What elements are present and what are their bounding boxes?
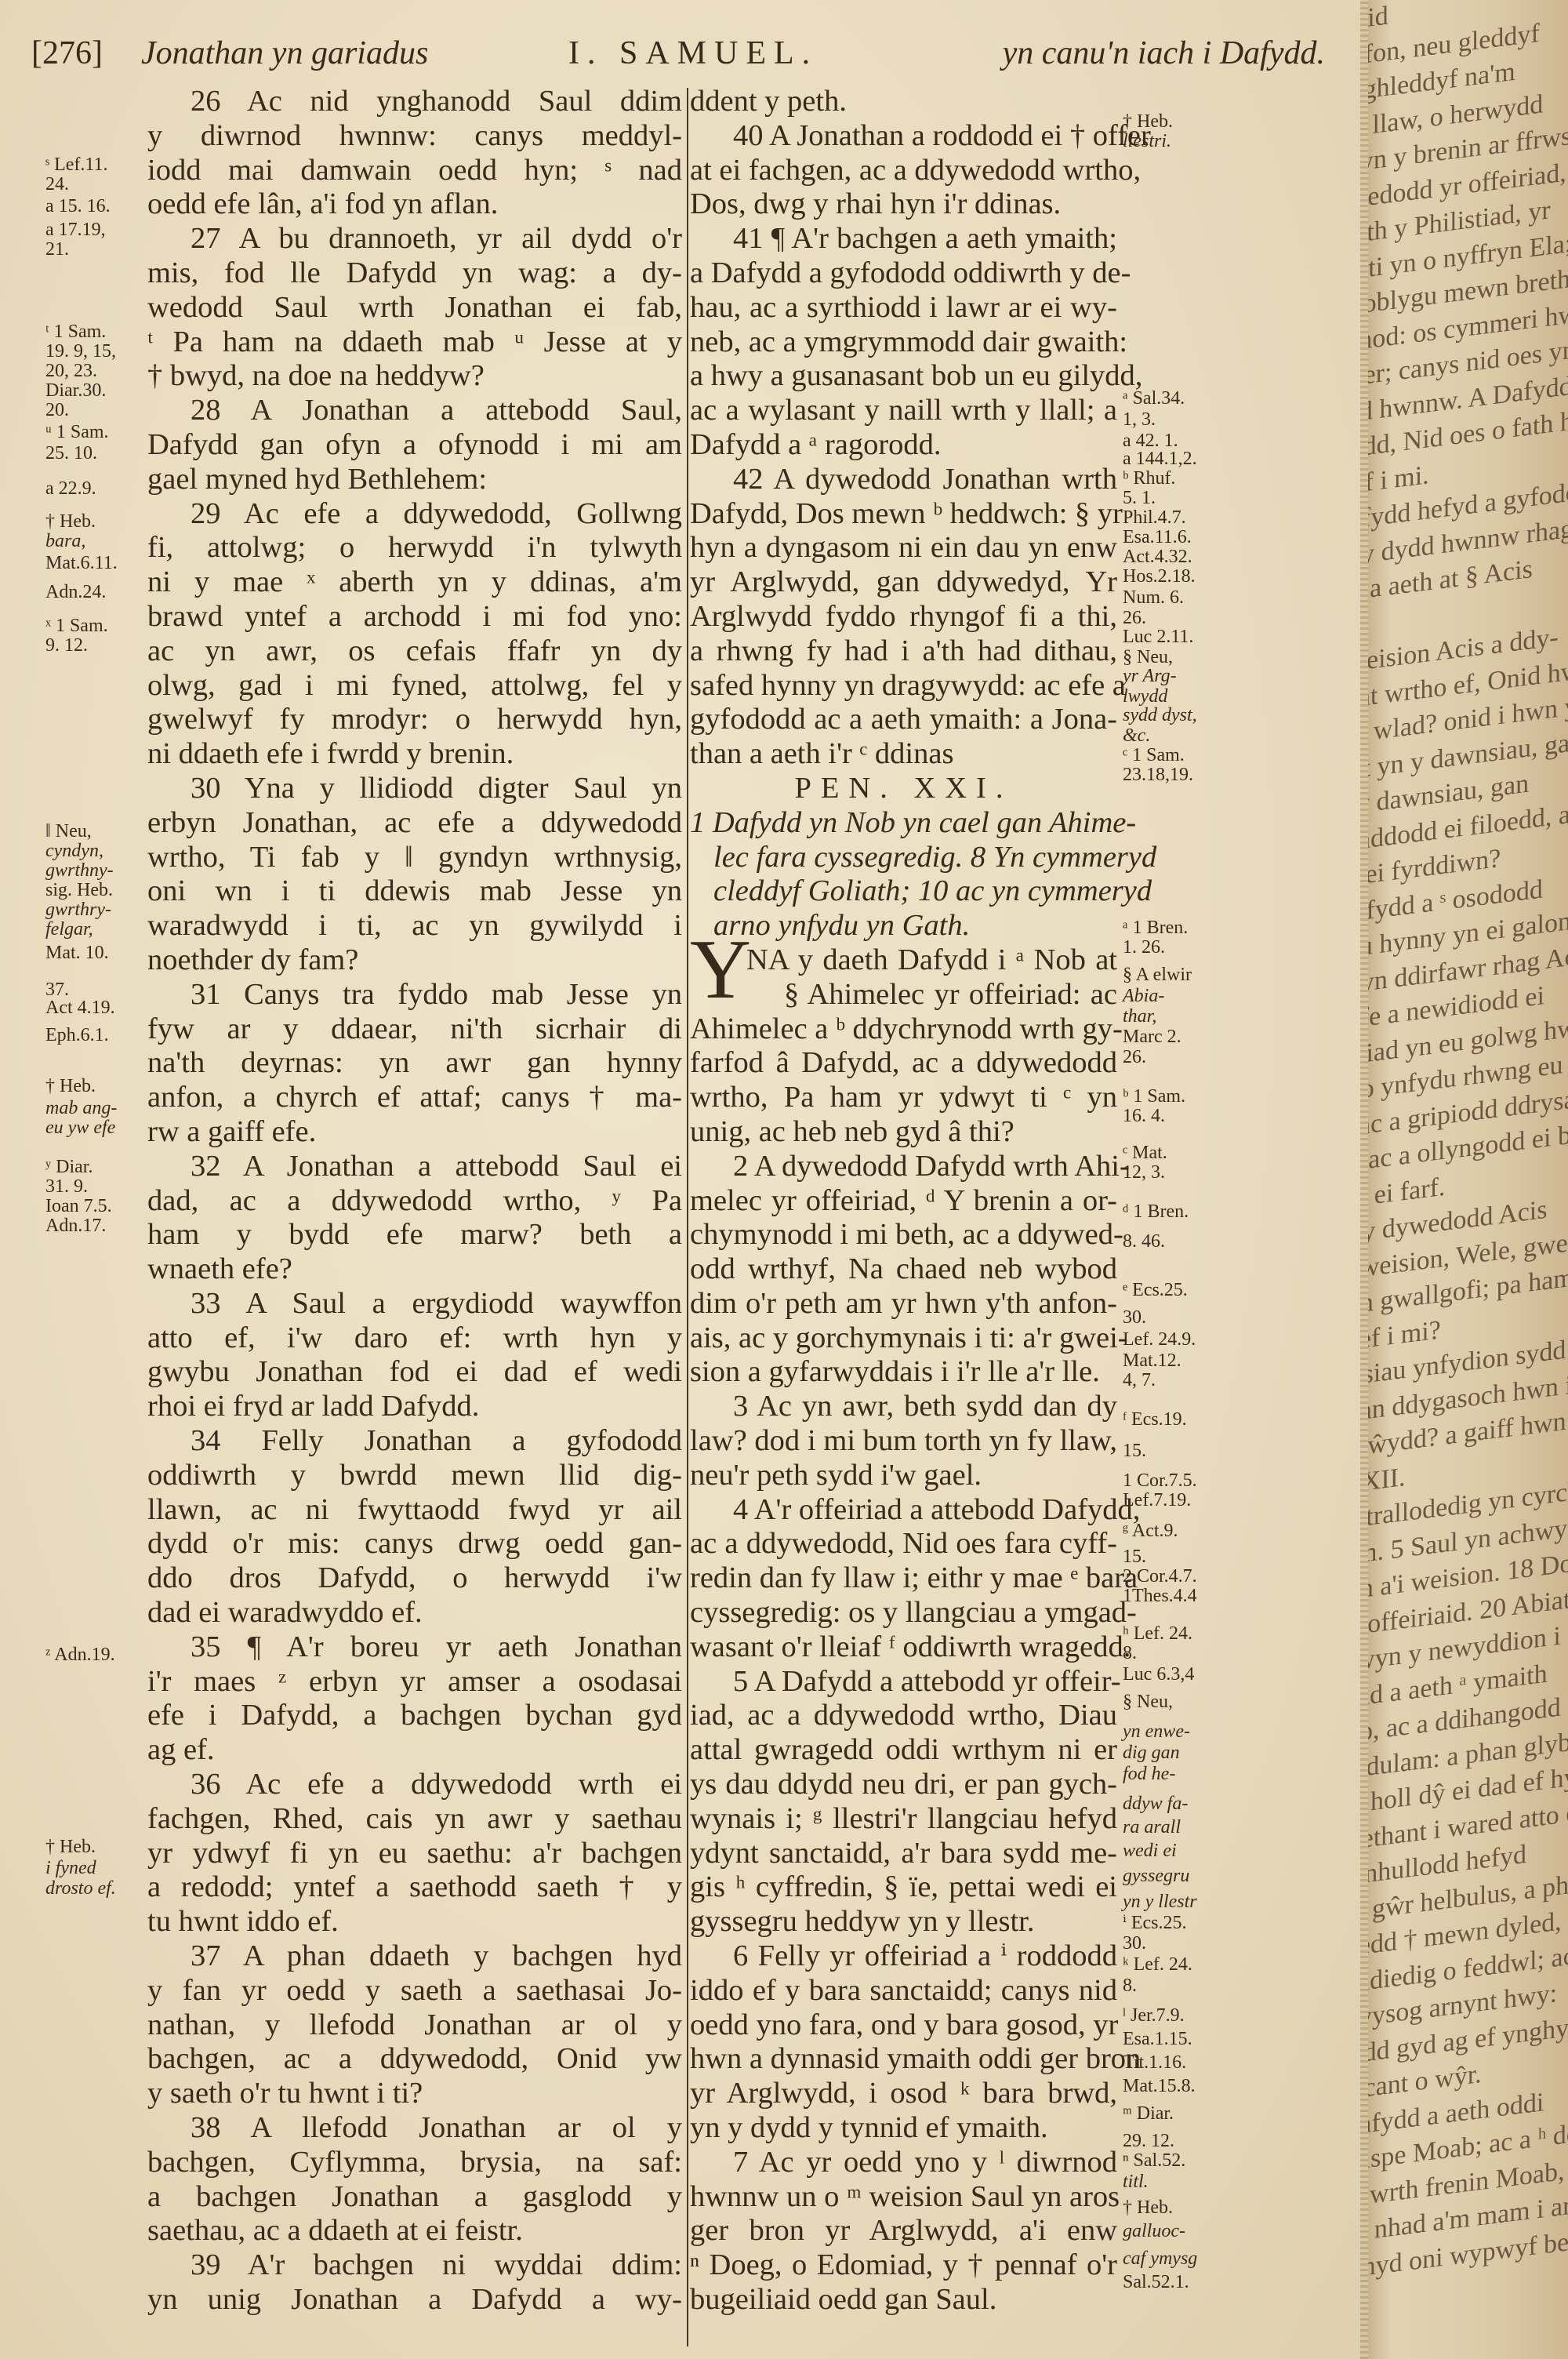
verse-line: redin dan fy llaw i; eithr y mae ᵉ bara [690, 1561, 1117, 1596]
verse-line: 42 A dywedodd Jonathan wrth [690, 463, 1117, 497]
verse-line: unig, ac heb neb gyd â thi? [690, 1115, 1117, 1150]
margin-reference: gwrthry- [45, 900, 111, 920]
margin-reference: 15. [1123, 1547, 1146, 1567]
margin-reference: 5. 1. [1123, 489, 1156, 508]
margin-reference: 1Thes.4.4 [1123, 1587, 1197, 1606]
chapter-summary-line: lec fara cyssegredig. 8 Yn cymmeryd [690, 841, 1117, 875]
margin-reference: ᶠ Ecs.19. [1123, 1410, 1187, 1430]
margin-reference: 23.18,19. [1123, 765, 1193, 785]
verse-line: y saeth o'r tu hwnt i ti? [147, 2077, 682, 2111]
verse-line: ac yn awr, os cefais ffafr yn dy [147, 634, 682, 669]
margin-reference: 31. 9. [45, 1177, 88, 1197]
verse-line: yn y dydd y tynnid ef ymaith. [690, 2111, 1117, 2146]
book-title: I. SAMUEL. [568, 30, 818, 77]
margin-reference: 37. [45, 980, 69, 1000]
margin-reference: 29. 12. [1123, 2132, 1174, 2151]
facing-page-text: elec, Onidgwaywffon, neu gleddyfnes fy n… [1373, 0, 1568, 2284]
verse-line: a rhwng fy had i a'th had dithau, [690, 634, 1117, 669]
verse-line: wrtho, Pa ham yr ydwyt ti ᶜ yn [690, 1081, 1117, 1115]
margin-reference: Mat.6.11. [45, 554, 118, 573]
margin-reference: Num. 6. [1123, 588, 1184, 608]
margin-reference: 30. [1123, 1308, 1146, 1328]
margin-reference: Tit.1.16. [1123, 2053, 1186, 2073]
verse-line: i'r maes ᶻ erbyn yr amser a osodasai [147, 1665, 682, 1699]
margin-reference: § Neu, [1123, 648, 1173, 667]
margin-reference: thar, [1123, 1007, 1156, 1027]
margin-reference: ddyw fa- [1123, 1794, 1188, 1814]
margin-reference: ˡ Jer.7.9. [1123, 2006, 1185, 2026]
margin-reference: sig. Heb. [45, 881, 113, 900]
verse-line: 31 Canys tra fyddo mab Jesse yn [147, 978, 682, 1012]
margin-reference: § A elwir [1123, 965, 1192, 985]
verse-line: wnaeth efe? [147, 1252, 682, 1287]
margin-reference: 26. [1123, 609, 1146, 628]
verse-line: oni wn i ti ddewis mab Jesse yn [147, 874, 682, 909]
verse-line: NA y daeth Dafydd i ᵃ Nob at [690, 943, 1117, 978]
verse-line: ddo dros Dafydd, o herwydd i'w [147, 1561, 682, 1596]
margin-reference: 20, 23. [45, 362, 97, 381]
margin-reference: a 144.1,2. [1123, 449, 1197, 469]
margin-reference: ᵇ 1 Sam. [1123, 1087, 1185, 1107]
verse-line: a Dafydd a gyfododd oddiwrth y de- [690, 256, 1117, 291]
verse-line: atto ef, i'w daro ef: wrth hyn y [147, 1321, 682, 1356]
verse-line: yr Arglwydd, gan ddywedyd, Yr [690, 565, 1117, 600]
margin-reference: ᵘ 1 Sam. [45, 423, 109, 442]
verse-line: dim o'r peth am yr hwn y'th anfon- [690, 1287, 1117, 1321]
margin-reference: ᵉ Ecs.25. [1123, 1281, 1188, 1300]
margin-reference: yn enwe- [1123, 1722, 1190, 1742]
verse-line: hau, ac a syrthiodd i lawr ar ei wy- [690, 291, 1117, 325]
margin-reference: 2 Cor.4.7. [1123, 1567, 1197, 1587]
verse-line: gis ʰ cyffredin, § ïe, pettai wedi ei [690, 1870, 1117, 1905]
drop-cap-initial: Y [690, 931, 751, 1009]
margin-reference: ᵐ Diar. [1123, 2104, 1174, 2124]
verse-line: † bwyd, na doe na heddyw? [147, 359, 682, 394]
verse-line: 6 Felly yr offeiriad a ⁱ roddodd [690, 1939, 1117, 1974]
margin-reference: Sal.52.1. [1123, 2273, 1189, 2292]
verse-line: efe i Dafydd, a bachgen bychan gyd [147, 1699, 682, 1733]
verse-line: a redodd; yntef a saethodd saeth † y [147, 1870, 682, 1905]
margin-reference: galluoc- [1123, 2222, 1185, 2241]
margin-reference: Eph.6.1. [45, 1026, 109, 1045]
margin-reference: Luc 2.11. [1123, 627, 1193, 647]
verse-line: Dafydd, Dos mewn ᵇ heddwch: § yr [690, 497, 1117, 532]
verse-line: oddiwrth y bwrdd mewn llid dig- [147, 1459, 682, 1493]
margin-reference: Adn.24. [45, 583, 106, 602]
verse-line: 28 A Jonathan a attebodd Saul, [147, 394, 682, 428]
verse-line: rw a gaiff efe. [147, 1115, 682, 1150]
running-title-left: Jonathan yn gariadus [141, 30, 428, 77]
verse-line: Dafydd a ᵃ ragorodd. [690, 428, 1117, 463]
verse-line: a hwy a gusanasant bob un eu gilydd, [690, 359, 1117, 394]
verse-line: 2 A dywedodd Dafydd wrth Ahi- [690, 1150, 1117, 1184]
verse-line: gael myned hyd Bethlehem: [147, 463, 682, 497]
margin-reference: 24. [45, 175, 69, 194]
verse-line: Dos, dwg y rhai hyn i'r ddinas. [690, 187, 1117, 222]
margin-reference: Act.4.32. [1123, 547, 1192, 567]
margin-reference: Adn.17. [45, 1216, 106, 1236]
margin-reference: a 17.19, [45, 220, 106, 240]
margin-reference: 8. [1123, 1644, 1137, 1663]
verse-line: yr ydwyf fi yn eu saethu: a'r bachgen [147, 1837, 682, 1871]
verse-line: llawn, ac ni fwyttaodd fwyd yr ail [147, 1493, 682, 1528]
margin-reference: Mat.15.8. [1123, 2077, 1196, 2096]
chapter-summary-line: cleddyf Goliath; 10 ac yn cymmeryd [690, 874, 1117, 909]
verse-line: noethder dy fam? [147, 943, 682, 978]
margin-reference: † Heb. [1123, 2198, 1173, 2218]
verse-line: yn unig Jonathan a Dafydd a wy- [147, 2283, 682, 2317]
verse-line: fi, attolwg; o herwydd i'n tylwyth [147, 531, 682, 565]
verse-line: sion a gyfarwyddais i i'r lle a'r lle. [690, 1355, 1117, 1390]
margin-reference: 25. 10. [45, 444, 97, 463]
verse-line: iodd mai damwain oedd hyn; ˢ nad [147, 154, 682, 188]
verse-line: ni y mae ˣ aberth yn y ddinas, a'm [147, 565, 682, 600]
verse-line: ydynt sanctaidd, a'r bara sydd me- [690, 1837, 1117, 1871]
margin-reference: † Heb. [45, 512, 96, 532]
verse-line: 5 A Dafydd a attebodd yr offeir- [690, 1665, 1117, 1699]
margin-reference: a 22.9. [45, 479, 96, 499]
margin-reference: lwydd [1123, 687, 1167, 707]
verse-line: dad, ac a ddywedodd wrtho, ʸ Pa [147, 1184, 682, 1219]
margin-reference: Diar.30. [45, 381, 106, 401]
verse-line: gwelwyf fy mrodyr: o herwydd hyn, [147, 703, 682, 737]
verse-line: dydd o'r mis: canys drwg oedd gan- [147, 1527, 682, 1561]
verse-line: 29 Ac efe a ddywedodd, Gollwng [147, 497, 682, 532]
verse-line: 30 Yna y llidiodd digter Saul yn [147, 772, 682, 806]
verse-line: wynais i; ᵍ llestri'r llangciau hefyd [690, 1802, 1117, 1837]
margin-reference: ᵃ 1 Bren. [1123, 918, 1188, 938]
margin-reference: 9. 12. [45, 636, 88, 656]
verse-line: bugeiliaid oedd gan Saul. [690, 2283, 1117, 2317]
verse-line: yr Arglwydd, i osod ᵏ bara brwd, [690, 2077, 1117, 2111]
margin-reference: † Heb. [45, 1837, 96, 1857]
verse-line: ᵗ Pa ham na ddaeth mab ᵘ Jesse at y [147, 325, 682, 360]
verse-line: dad ei waradwyddo ef. [147, 1596, 682, 1630]
margin-reference: 16. 4. [1123, 1107, 1165, 1126]
margin-reference: ⁿ Sal.52. [1123, 2151, 1185, 2171]
verse-line: odd wrthyf, Na chaed neb wybod [690, 1252, 1117, 1287]
verse-line: 34 Felly Jonathan a gyfododd [147, 1424, 682, 1459]
margin-reference: Ioan 7.5. [45, 1197, 112, 1216]
verse-line: waradwydd i ti, ac yn gywilydd i [147, 909, 682, 943]
verse-line: anfon, a chyrch ef attaf; canys † ma- [147, 1081, 682, 1115]
margin-reference: drosto ef. [45, 1879, 116, 1899]
running-head: [276] Jonathan yn gariadus I. SAMUEL. yn… [31, 30, 1348, 77]
margin-reference: Mat.12. [1123, 1351, 1181, 1371]
margin-reference: Act 4.19. [45, 998, 115, 1018]
margin-reference: 26. [1123, 1048, 1146, 1067]
margin-reference: ᶜ Mat. [1123, 1143, 1167, 1163]
verse-line: neu'r peth sydd i'w gael. [690, 1459, 1117, 1493]
facing-page-fragment: elec, Onidgwaywffon, neu gleddyfnes fy n… [1368, 0, 1568, 2359]
chapter-heading: PEN. XXI. [690, 772, 1117, 806]
margin-reference: dig gan [1123, 1743, 1180, 1763]
verse-line: 37 A phan ddaeth y bachgen hyd [147, 1939, 682, 1974]
margin-reference: ˣ 1 Sam. [45, 616, 108, 636]
margin-reference: ᵍ Act.9. [1123, 1521, 1178, 1541]
verse-line: hwnnw un o ᵐ weision Saul yn aros [690, 2180, 1117, 2215]
running-title-right: yn canu'n iach i Dafydd. [1003, 30, 1325, 77]
margin-reference: ʸ Diar. [45, 1158, 93, 1177]
verse-line: olwg, gad i mi fyned, attolwg, fel y [147, 669, 682, 703]
margin-reference: Lef.7.19. [1123, 1491, 1191, 1510]
verse-line: 27 A bu drannoeth, yr ail dydd o'r [147, 222, 682, 256]
margin-reference: † Heb. [45, 1077, 96, 1096]
verse-line: 41 ¶ A'r bachgen a aeth ymaith; [690, 222, 1117, 256]
verse-line: wasant o'r lleiaf ᶠ oddiwrth wragedd. [690, 1630, 1117, 1665]
verse-line: 26 Ac nid ynghanodd Saul ddim [147, 85, 682, 119]
margin-reference: 8. 46. [1123, 1232, 1165, 1252]
margin-reference: titl. [1123, 2172, 1149, 2192]
margin-reference: Phil.4.7. [1123, 508, 1186, 528]
margin-reference: ᵏ Lef. 24. [1123, 1955, 1192, 1975]
verse-line: Ahimelec a ᵇ ddychrynodd wrth gy- [690, 1012, 1117, 1047]
verse-line: cyssegredig: os y llangciau a ymgad- [690, 1596, 1117, 1630]
margin-reference: fod he- [1123, 1765, 1175, 1784]
verse-line: 36 Ac efe a ddywedodd wrth ei [147, 1768, 682, 1802]
page-number: [276] [31, 30, 103, 77]
verse-line: chymynodd i mi beth, ac a ddywed- [690, 1218, 1117, 1252]
verse-line: gyfododd ac a aeth ymaith: a Jona- [690, 703, 1117, 737]
verse-line: 7 Ac yr oedd yno y ˡ diwrnod [690, 2146, 1117, 2180]
margin-reference: Esa.11.6. [1123, 528, 1192, 547]
margin-reference: 12, 3. [1123, 1163, 1165, 1183]
margin-reference: cyndyn, [45, 841, 103, 861]
bible-page: [276] Jonathan yn gariadus I. SAMUEL. yn… [0, 0, 1368, 2359]
margin-reference: sydd dyst, [1123, 706, 1197, 725]
verse-line: ger bron yr Arglwydd, a'i enw [690, 2214, 1117, 2248]
text-column-left: 26 Ac nid ynghanodd Saul ddimy diwrnod h… [147, 85, 682, 2317]
margin-reference: Hos.2.18. [1123, 567, 1196, 587]
margin-reference: Marc 2. [1123, 1027, 1181, 1047]
text-column-right: ddent y peth.40 A Jonathan a roddodd ei … [690, 85, 1117, 2317]
verse-line: bachgen, ac a ddywedodd, Onid yw [147, 2042, 682, 2077]
verse-line: ais, ac y gorchymynais i ti: a'r gwei- [690, 1321, 1117, 1356]
margin-reference: Lef. 24.9. [1123, 1330, 1196, 1350]
margin-reference: a 42. 1. [1123, 431, 1178, 451]
margin-reference: 19. 9, 15, [45, 342, 116, 362]
margin-reference: † Heb. [1123, 112, 1173, 132]
verse-line: ag ef. [147, 1733, 682, 1768]
verse-line: mis, fod lle Dafydd yn wag: a dy- [147, 256, 682, 291]
verse-line: § Ahimelec yr offeiriad: ac [690, 978, 1117, 1012]
margin-reference: Esa.1.15. [1123, 2030, 1192, 2049]
margin-reference: 1, 3. [1123, 410, 1156, 430]
margin-reference: 21. [45, 240, 69, 260]
verse-line: oedd efe lân, a'i fod yn aflan. [147, 187, 682, 222]
verse-line: rhoi ei fryd ar ladd Dafydd. [147, 1390, 682, 1424]
verse-line: ni ddaeth efe i fwrdd y brenin. [147, 737, 682, 772]
margin-reference: ᶜ 1 Sam. [1123, 746, 1185, 765]
margin-reference: caf ymysg [1123, 2249, 1197, 2269]
margin-reference: ʰ Lef. 24. [1123, 1624, 1192, 1644]
verse-line: tu hwnt iddo ef. [147, 1905, 682, 1939]
margin-reference: eu yw efe [45, 1118, 115, 1138]
verse-line: 33 A Saul a ergydiodd waywffon [147, 1287, 682, 1321]
verse-line: y fan yr oedd y saeth a saethasai Jo- [147, 1974, 682, 2008]
verse-line: 38 A llefodd Jonathan ar ol y [147, 2111, 682, 2146]
margin-reference: ᵈ 1 Bren. [1123, 1202, 1189, 1222]
verse-line: law? dod i mi bum torth yn fy llaw, [690, 1424, 1117, 1459]
margin-reference: 20. [45, 401, 69, 420]
verse-line: erbyn Jonathan, ac efe a ddywedodd [147, 806, 682, 841]
verse-line: ⁿ Doeg, o Edomiad, y † pennaf o'r [690, 2248, 1117, 2283]
verse-line: saethau, ac a ddaeth at ei feistr. [147, 2214, 682, 2248]
margin-reference: Abia- [1123, 987, 1164, 1006]
margin-reference: 4, 7. [1123, 1371, 1156, 1390]
verse-line: farfod â Dafydd, ac a ddywedodd [690, 1046, 1117, 1081]
margin-reference: ‖ Neu, [45, 822, 92, 841]
margin-reference: wedi ei [1123, 1841, 1177, 1861]
verse-line: gyssegru heddyw yn y llestr. [690, 1905, 1117, 1939]
verse-line: iddo ef y bara sanctaidd; canys nid [690, 1974, 1117, 2008]
margin-reference: 1. 26. [1123, 938, 1165, 958]
chapter-summary-line: arno ynfydu yn Gath. [690, 909, 1117, 943]
verse-line: melec yr offeiriad, ᵈ Y brenin a or- [690, 1184, 1117, 1219]
verse-line: at ei fachgen, ac a ddywedodd wrtho, [690, 154, 1117, 188]
verse-line: wedodd Saul wrth Jonathan ei fab, [147, 291, 682, 325]
verse-line: 40 A Jonathan a roddodd ei † offer [690, 119, 1117, 154]
margin-reference: Luc 6.3,4 [1123, 1665, 1194, 1685]
verse-line: safed hynny yn dragywydd: ac efe a [690, 669, 1117, 703]
margin-reference: ᵃ Sal.34. [1123, 389, 1185, 409]
margin-reference: mab ang- [45, 1099, 117, 1118]
verse-line: brawd yntef a archodd i mi fod yno: [147, 600, 682, 634]
margin-reference: ⁱ Ecs.25. [1123, 1914, 1186, 1933]
verse-line: nathan, y llefodd Jonathan ar ol y [147, 2008, 682, 2043]
verse-line: 39 A'r bachgen ni wyddai ddim: [147, 2248, 682, 2283]
margin-reference: &c. [1123, 726, 1150, 746]
verse-line: gwybu Jonathan fod ei dad ef wedi [147, 1355, 682, 1390]
margin-reference: llestri. [1123, 132, 1171, 151]
verse-line: hyn a dyngasom ni ein dau yn enw [690, 531, 1117, 565]
margin-reference: a 15. 16. [45, 197, 111, 216]
margin-reference: ᵇ Rhuf. [1123, 469, 1175, 489]
margin-reference: § Neu, [1123, 1692, 1173, 1712]
verse-line: y diwrnod hwnnw: canys meddyl- [147, 119, 682, 154]
verse-line: na'th deyrnas: yn awr gan hynny [147, 1046, 682, 1081]
verse-line: 35 ¶ A'r boreu yr aeth Jonathan [147, 1630, 682, 1665]
verse-line: oedd yno fara, ond y bara gosod, yr [690, 2008, 1117, 2043]
verse-line: Dafydd gan ofyn a ofynodd i mi am [147, 428, 682, 463]
chapter-summary-line: 1 Dafydd yn Nob yn cael gan Ahime- [690, 806, 1117, 841]
margin-reference: 15. [1123, 1441, 1146, 1461]
verse-line: neb, ac a ymgrymmodd dair gwaith: [690, 325, 1117, 360]
verse-line: 3 Ac yn awr, beth sydd dan dy [690, 1390, 1117, 1424]
margin-reference: 8. [1123, 1976, 1137, 1996]
margin-reference: ᵗ 1 Sam. [45, 322, 106, 342]
margin-reference: yr Arg- [1123, 667, 1177, 686]
margin-reference: Mat. 10. [45, 943, 109, 963]
margin-reference: gyssegru [1123, 1866, 1189, 1886]
margin-reference: felgar, [45, 920, 93, 940]
verse-line: fachgen, Rhed, cais yn awr y saethau [147, 1802, 682, 1837]
margin-reference: bara, [45, 532, 85, 551]
margin-reference: yn y llestr [1123, 1892, 1197, 1912]
verse-line: ac a wylasant y naill wrth y llall; a [690, 394, 1117, 428]
verse-line: Arglwydd fyddo rhyngof fi a thi, [690, 600, 1117, 634]
column-divider [687, 88, 688, 2346]
margin-reference: ᶻ Adn.19. [45, 1645, 115, 1665]
margin-reference: i fyned [45, 1859, 96, 1878]
verse-line: iad, ac a ddywedodd wrtho, Diau [690, 1699, 1117, 1733]
verse-line: a bachgen Jonathan a gasglodd y [147, 2180, 682, 2215]
verse-line: ac a ddywedodd, Nid oes fara cyff- [690, 1527, 1117, 1561]
margin-reference: 1 Cor.7.5. [1123, 1471, 1197, 1491]
verse-line: than a aeth i'r ᶜ ddinas [690, 737, 1117, 772]
verse-line: attal gwragedd oddi wrthym ni er [690, 1733, 1117, 1768]
verse-line: ddent y peth. [690, 85, 1117, 119]
verse-line: 32 A Jonathan a attebodd Saul ei [147, 1150, 682, 1184]
verse-line: fyw ar y ddaear, ni'th sicrhair di [147, 1012, 682, 1047]
verse-line: ys dau ddydd neu dri, er pan gych- [690, 1768, 1117, 1802]
verse-line: hwn a dynnasid ymaith oddi ger bron [690, 2042, 1117, 2077]
margin-reference: ˢ Lef.11. [45, 155, 108, 175]
verse-line: 4 A'r offeiriad a attebodd Dafydd, [690, 1493, 1117, 1528]
verse-line: ham y bydd efe marw? beth a [147, 1218, 682, 1252]
verse-line: bachgen, Cyflymma, brysia, na saf: [147, 2146, 682, 2180]
margin-reference: ra arall [1123, 1818, 1181, 1837]
verse-line: wrtho, Ti fab y ‖ gyndyn wrthnysig, [147, 841, 682, 875]
margin-reference: gwrthny- [45, 861, 114, 881]
margin-reference: 30. [1123, 1934, 1146, 1954]
